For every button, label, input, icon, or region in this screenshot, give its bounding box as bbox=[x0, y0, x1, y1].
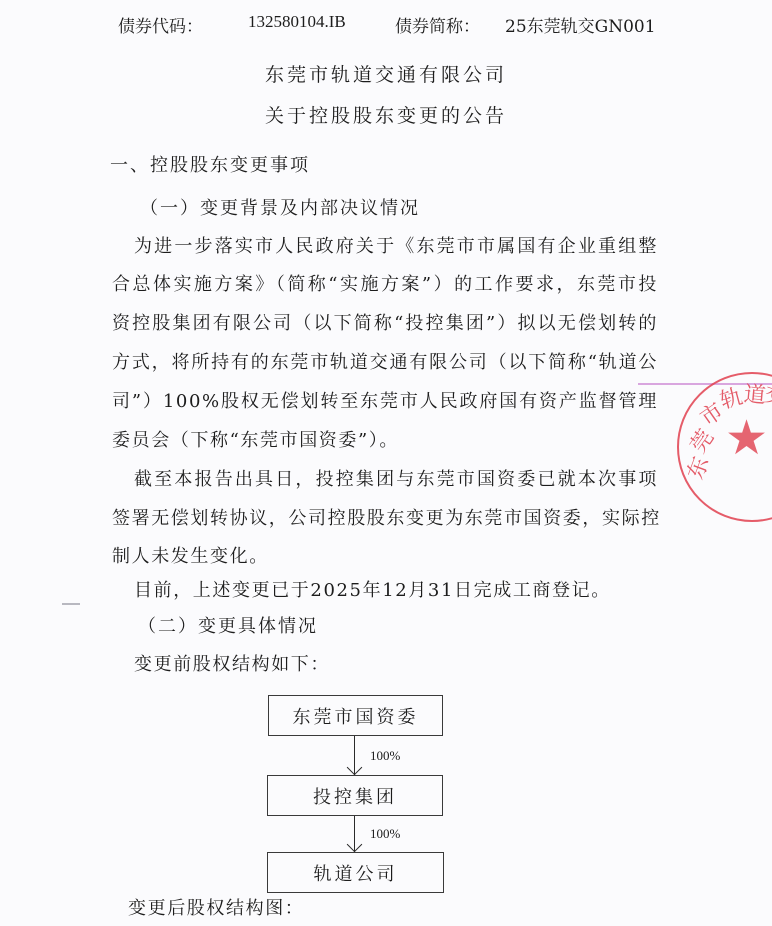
paragraph-line: 委员会（下称“东莞市国资委”）。 bbox=[112, 426, 658, 452]
bond-code-value: 132580104.IB bbox=[248, 12, 346, 32]
paragraph-line: 制人未发生变化。 bbox=[112, 542, 658, 568]
before-structure-label: 变更前股权结构如下： bbox=[134, 650, 680, 676]
paragraph-line: 资控股集团有限公司（以下简称“投控集团”）拟以无偿划转的 bbox=[112, 309, 658, 335]
section-heading-1: 一、控股股东变更事项 bbox=[110, 151, 310, 177]
paragraph-line: 司”）100%股权无偿划转至东莞市人民政府国有资产监督管理 bbox=[112, 387, 658, 413]
scan-speck bbox=[62, 603, 80, 605]
diagram-node-rail-company: 轨道公司 bbox=[267, 852, 444, 893]
arrow-down-icon bbox=[347, 837, 363, 853]
bond-code-label: 债券代码： bbox=[118, 12, 203, 37]
diagram-node-investment-group: 投控集团 bbox=[267, 775, 443, 816]
subsection-heading-1: （一）变更背景及内部决议情况 bbox=[140, 194, 420, 220]
edge-label-percent: 100% bbox=[370, 826, 400, 842]
node-label: 东莞市国资委 bbox=[293, 703, 419, 729]
subsection-heading-2: （二）变更具体情况 bbox=[138, 612, 318, 638]
paragraph-line: 签署无偿划转协议，公司控股股东变更为东莞市国资委，实际控 bbox=[112, 504, 658, 530]
star-icon: ★ bbox=[725, 410, 768, 466]
edge-label-percent: 100% bbox=[370, 748, 400, 764]
node-label: 轨道公司 bbox=[314, 860, 398, 886]
paragraph-line: 合总体实施方案》（简称“实施方案”）的工作要求，东莞市投 bbox=[112, 270, 658, 296]
after-structure-label: 变更后股权结构图： bbox=[128, 894, 674, 920]
document-title-subject: 关于控股股东变更的公告 bbox=[0, 101, 772, 128]
bond-short-name-value: 25东莞轨交GN001 bbox=[505, 12, 656, 37]
node-label: 投控集团 bbox=[313, 783, 397, 809]
paragraph-line: 截至本报告出具日，投控集团与东莞市国资委已就本次事项 bbox=[134, 465, 658, 491]
paragraph-line: 方式，将所持有的东莞市轨道交通有限公司（以下简称“轨道公 bbox=[112, 348, 658, 374]
document-title-company: 东莞市轨道交通有限公司 bbox=[0, 60, 772, 87]
paragraph-line: 为进一步落实市人民政府关于《东莞市市属国有企业重组整 bbox=[134, 232, 658, 258]
paragraph-registration: 目前，上述变更已于2025年12月31日完成工商登记。 bbox=[134, 576, 680, 602]
arrow-down-icon bbox=[347, 760, 363, 776]
diagram-node-sasac: 东莞市国资委 bbox=[268, 695, 443, 736]
bond-short-name-label: 债券简称： bbox=[395, 12, 480, 37]
